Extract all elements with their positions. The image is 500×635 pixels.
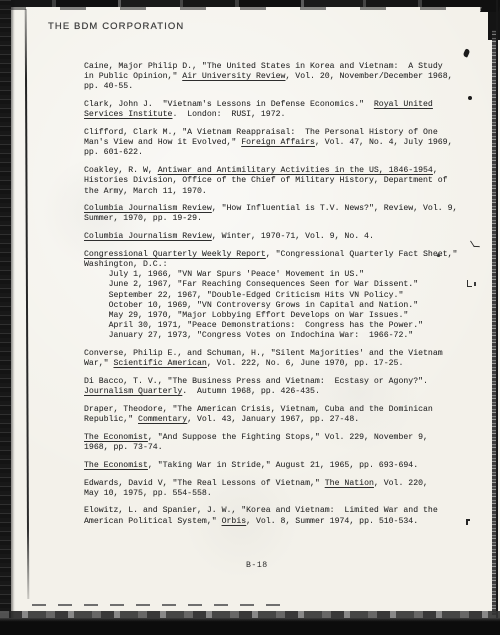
publication-title: Foreign Affairs <box>241 138 315 147</box>
citation-text: Clark, John J. "Vietnam's Lessons in Def… <box>84 100 374 109</box>
citation-text: Coakley, R. W, <box>84 166 158 175</box>
citation-text: Di Bacco, T. V., "The Business Press and… <box>84 377 428 386</box>
scan-bottom-dash-line <box>32 604 292 606</box>
bibliography-list: Caine, Major Philip D., "The United Stat… <box>84 62 486 534</box>
citation-text: , "Taking War in Stride," August 21, 196… <box>148 461 418 470</box>
citation-entry: Elowitz, L. and Spanier, J. W., "Korea a… <box>84 506 486 526</box>
scan-edge-right <box>496 0 498 635</box>
citation-text: , "Congressional Quarterly Fact Sheet," … <box>84 250 457 341</box>
citation-text: Edwards, David V, "The Real Lessons of V… <box>84 479 325 488</box>
publication-title: Orbis <box>222 517 247 526</box>
citation-entry: Clifford, Clark M., "A Vietnam Reapprais… <box>84 128 486 159</box>
scanned-page: THE BDM CORPORATION Caine, Major Philip … <box>0 0 500 635</box>
citation-text: , Vol. 222, No. 6, June 1970, pp. 17-25. <box>207 359 404 368</box>
publication-title: Commentary <box>138 415 187 424</box>
citation-entry: Di Bacco, T. V., "The Business Press and… <box>84 377 486 397</box>
scan-edge-top-shadow <box>0 7 500 10</box>
scan-artifact <box>474 282 476 286</box>
citation-text: . Autumn 1968, pp. 426-435. <box>182 387 320 396</box>
publication-title: The Economist <box>84 461 148 470</box>
publication-title: The Economist <box>84 433 148 442</box>
scan-edge-left <box>0 0 11 635</box>
citation-entry: Draper, Theodore, "The American Crisis, … <box>84 405 486 425</box>
scan-artifact <box>437 254 440 257</box>
page-number: B-18 <box>246 561 268 570</box>
citation-text: , Winter, 1970-71, Vol. 9, No. 4. <box>212 232 374 241</box>
citation-entry: The Economist, "And Suppose the Fighting… <box>84 433 486 453</box>
citation-entry: Clark, John J. "Vietnam's Lessons in Def… <box>84 100 486 120</box>
publication-title: Journalism Quarterly <box>84 387 182 396</box>
scan-edge-bottom <box>0 618 500 635</box>
citation-entry: Converse, Philip E., and Schuman, H., "S… <box>84 349 486 369</box>
citation-text: , Vol. 43, January 1967, pp. 27-48. <box>187 415 359 424</box>
scan-artifact <box>463 48 471 57</box>
publication-title: Scientific American <box>113 359 206 368</box>
company-letterhead: THE BDM CORPORATION <box>48 21 184 32</box>
citation-entry: Columbia Journalism Review, "How Influen… <box>84 204 486 224</box>
publication-title: Air University Review <box>182 72 285 81</box>
citation-entry: Columbia Journalism Review, Winter, 1970… <box>84 232 486 242</box>
scan-artifact <box>467 280 472 287</box>
publication-title: Antiwar and Antimilitary Activities in t… <box>158 166 433 175</box>
publication-title: Columbia Journalism Review <box>84 232 212 241</box>
citation-entry: Congressional Quarterly Weekly Report, "… <box>84 250 486 342</box>
citation-entry: Coakley, R. W, Antiwar and Antimilitary … <box>84 166 486 197</box>
scan-artifact <box>468 96 472 100</box>
publication-title: The Nation <box>325 479 374 488</box>
citation-entry: Caine, Major Philip D., "The United Stat… <box>84 62 486 93</box>
citation-entry: Edwards, David V, "The Real Lessons of V… <box>84 479 486 499</box>
scan-artifact <box>466 519 470 521</box>
publication-title: Columbia Journalism Review <box>84 204 212 213</box>
citation-text: . London: RUSI, 1972. <box>172 110 285 119</box>
publication-title: Congressional Quarterly Weekly Report <box>84 250 266 259</box>
citation-entry: The Economist, "Taking War in Stride," A… <box>84 461 486 471</box>
scan-edge-top <box>0 0 500 7</box>
page-fold-line <box>25 9 30 599</box>
citation-text: , Vol. 8, Summer 1974, pp. 510-534. <box>246 517 418 526</box>
